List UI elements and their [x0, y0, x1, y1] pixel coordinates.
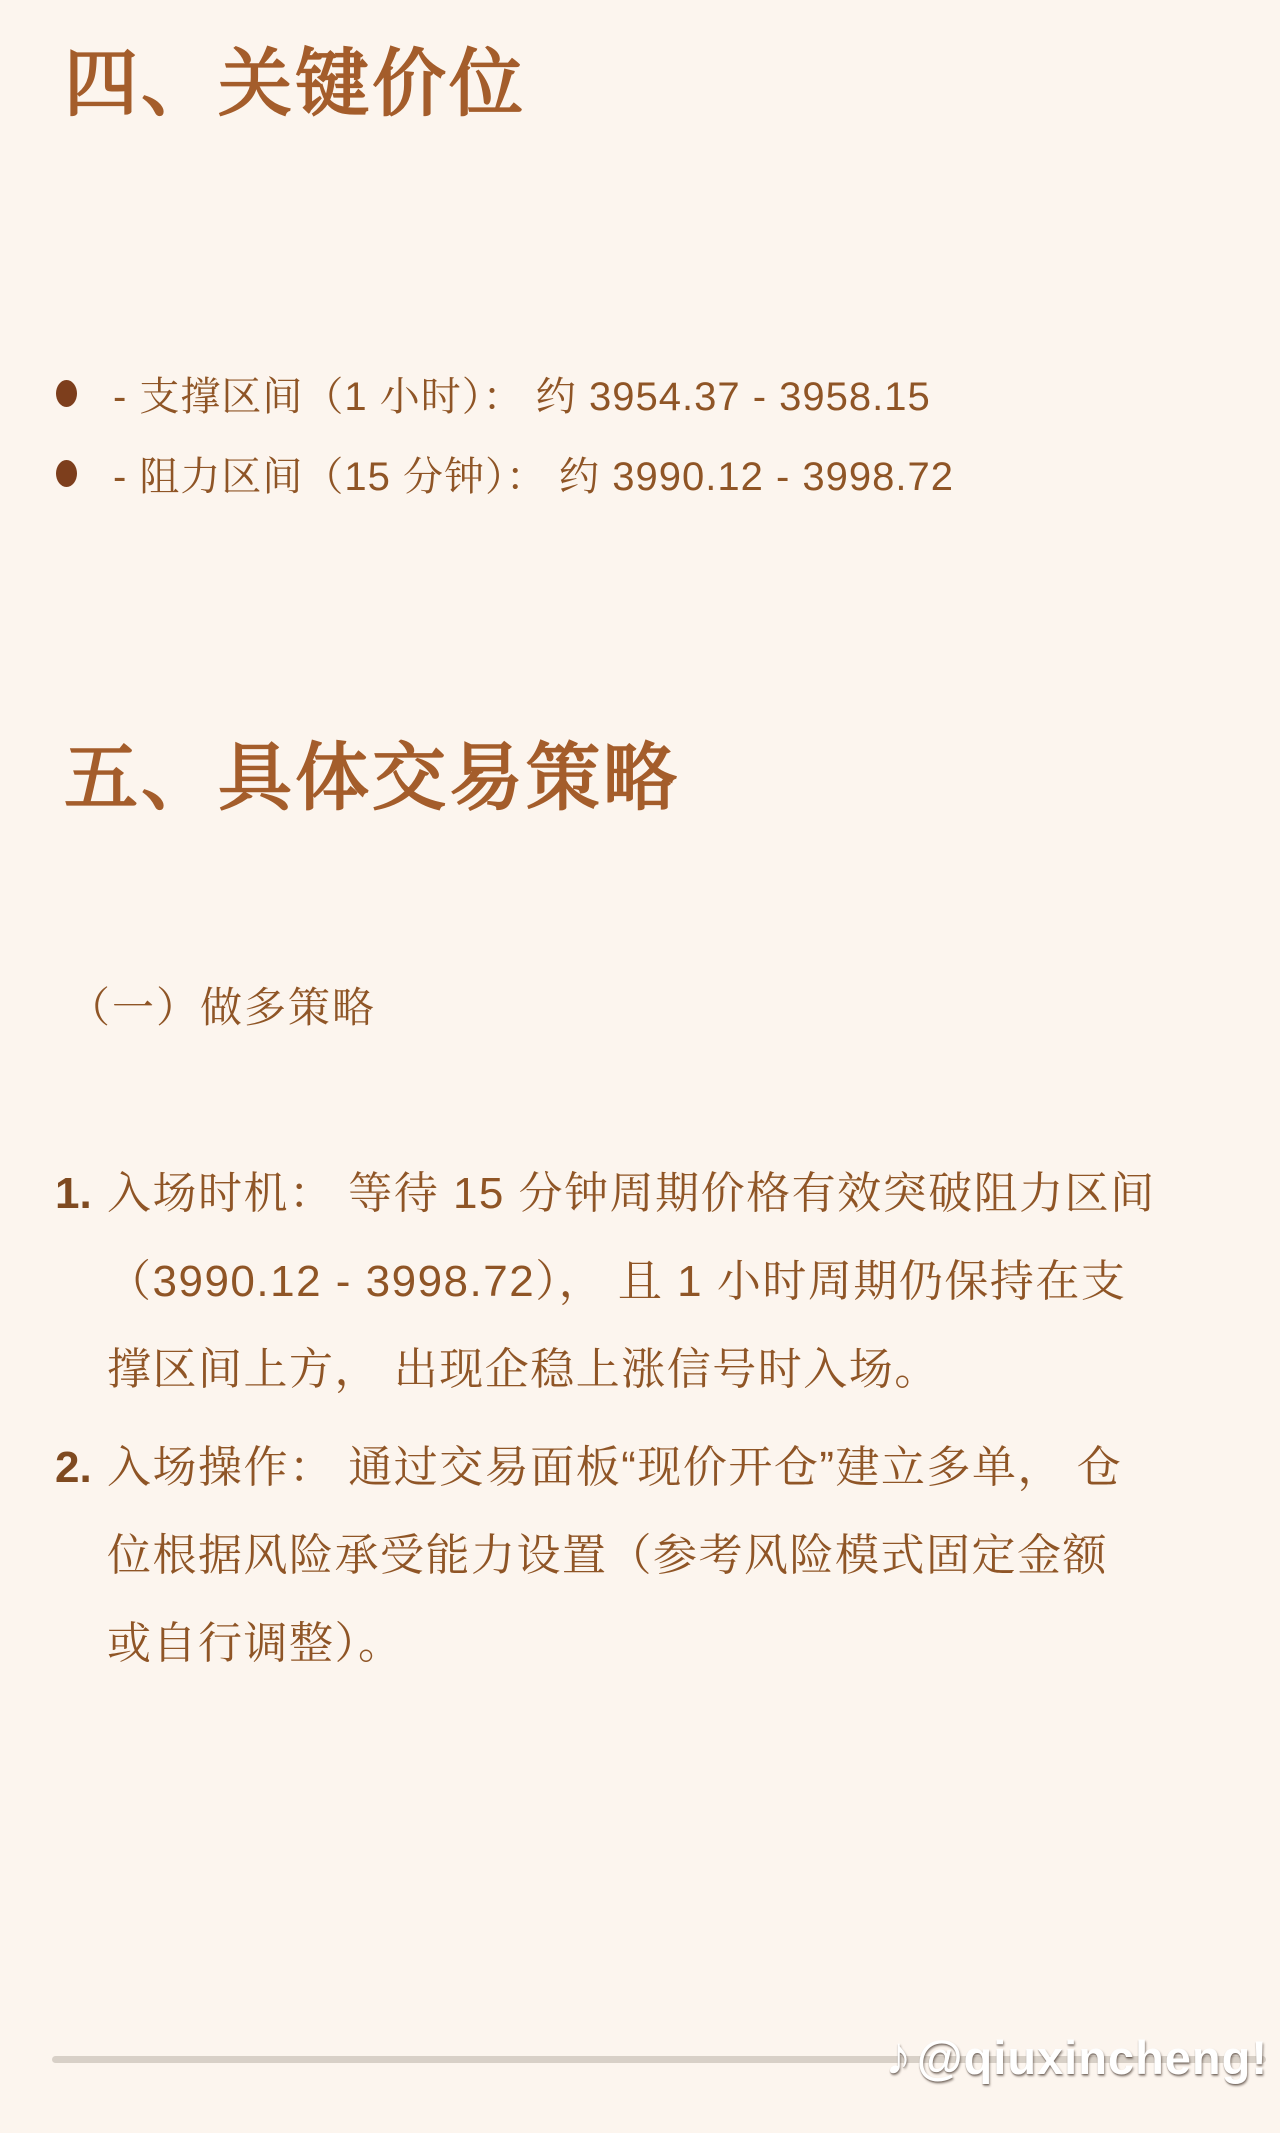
text-line: 或自行调整）。 — [107, 1600, 1122, 1688]
list-item: 2. 入场操作： 通过交易面板“现价开仓”建立多单， 仓 位根据风险承受能力设置… — [55, 1424, 1245, 1688]
key-levels-list: - 支撑区间（1 小时）： 约 3954.37 - 3958.15 - 阻力区间… — [56, 364, 954, 524]
bullet-dot-icon — [56, 380, 77, 407]
watermark: ♪ @qiuxincheng! — [885, 2030, 1268, 2085]
text-line: 撑区间上方， 出现企稳上涨信号时入场。 — [107, 1326, 1156, 1414]
music-note-icon: ♪ — [885, 2029, 913, 2083]
section-title-key-levels: 四、关键价位 — [64, 38, 526, 131]
list-item: 1. 入场时机： 等待 15 分钟周期价格有效突破阻力区间 （3990.12 -… — [55, 1150, 1245, 1414]
section-title-strategy: 五、具体交易策略 — [64, 732, 680, 825]
list-item: - 阻力区间（15 分钟）： 约 3990.12 - 3998.72 — [56, 444, 954, 502]
entry-operation-text: 入场操作： 通过交易面板“现价开仓”建立多单， 仓 位根据风险承受能力设置（参考… — [107, 1424, 1122, 1688]
support-range-text: - 支撑区间（1 小时）： 约 3954.37 - 3958.15 — [113, 365, 931, 422]
list-number: 2. — [55, 1424, 107, 1688]
text-line: 入场时机： 等待 15 分钟周期价格有效突破阻力区间 — [107, 1150, 1156, 1238]
subsection-title-long-strategy: （一）做多策略 — [68, 975, 376, 1035]
bullet-dot-icon — [56, 460, 77, 487]
list-number: 1. — [55, 1150, 107, 1414]
resistance-range-text: - 阻力区间（15 分钟）： 约 3990.12 - 3998.72 — [113, 445, 954, 502]
text-line: 入场操作： 通过交易面板“现价开仓”建立多单， 仓 — [107, 1424, 1122, 1512]
text-line: （3990.12 - 3998.72）， 且 1 小时周期仍保持在支 — [107, 1238, 1156, 1326]
watermark-handle: @qiuxincheng! — [917, 2030, 1268, 2085]
text-line: 位根据风险承受能力设置（参考风险模式固定金额 — [107, 1512, 1122, 1600]
list-item: - 支撑区间（1 小时）： 约 3954.37 - 3958.15 — [56, 364, 954, 422]
entry-timing-text: 入场时机： 等待 15 分钟周期价格有效突破阻力区间 （3990.12 - 39… — [107, 1150, 1156, 1414]
